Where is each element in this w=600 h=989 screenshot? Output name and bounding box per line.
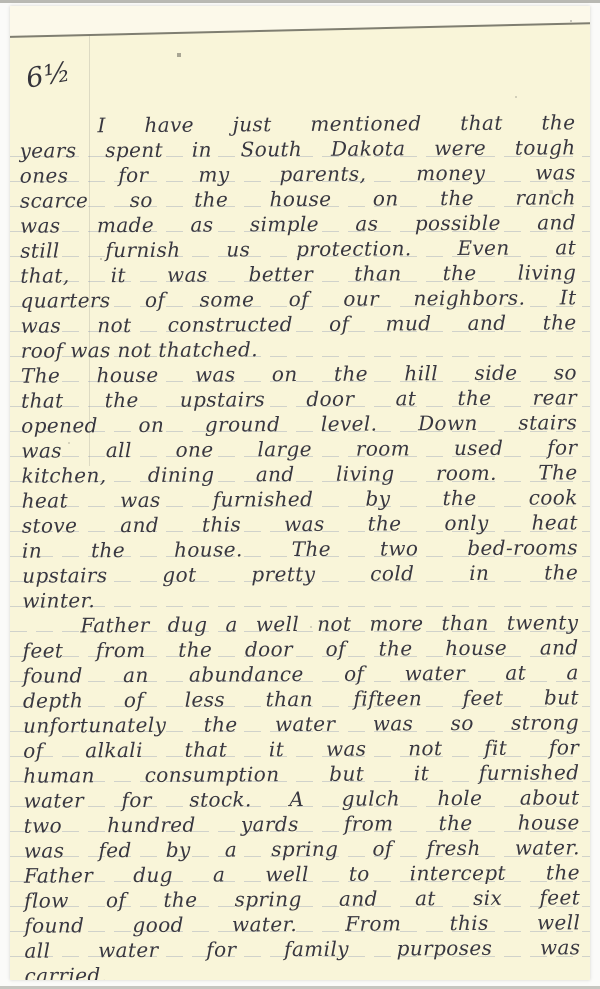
handwriting-line: still furnish us protection. Even at bbox=[20, 235, 576, 263]
handwriting-line: roof was not thatched. bbox=[21, 335, 577, 363]
handwriting-line: was fed by a spring of fresh water. bbox=[24, 835, 580, 863]
handwriting-line: winter. bbox=[22, 585, 578, 613]
handwriting-line: I have just mentioned that the bbox=[19, 110, 575, 138]
handwriting-line: all water for family purposes was bbox=[24, 935, 580, 963]
handwritten-text: I have just mentioned that theyears spen… bbox=[19, 110, 580, 980]
handwriting-line: years spent in South Dakota were tough bbox=[19, 135, 575, 163]
handwriting-line: flow of the spring and at six feet bbox=[24, 885, 580, 913]
handwriting-line: depth of less than fifteen feet but bbox=[23, 685, 579, 713]
handwriting-line: opened on ground level. Down stairs bbox=[21, 410, 577, 438]
handwriting-line: water for stock. A gulch hole about bbox=[23, 785, 579, 813]
handwriting-line: was not constructed of mud and the bbox=[21, 310, 577, 338]
handwriting-line: Father dug a well not more than twenty bbox=[22, 610, 578, 638]
handwriting-line: quarters of some of our neighbors. It bbox=[20, 285, 576, 313]
handwriting-line: found an abundance of water at a bbox=[23, 660, 579, 688]
scanned-page: 6½ I have just mentioned that theyears s… bbox=[0, 0, 600, 989]
handwriting-line: two hundred yards from the house bbox=[24, 810, 580, 838]
handwriting-line: Father dug a well to intercept the bbox=[24, 860, 580, 888]
handwriting-line: that, it was better than the living bbox=[20, 260, 576, 288]
scan-noise-specks bbox=[10, 6, 12, 8]
handwriting-line: kitchen, dining and living room. The bbox=[21, 460, 577, 488]
handwriting-line: stove and this was the only heat bbox=[22, 510, 578, 538]
paper-sheet: 6½ I have just mentioned that theyears s… bbox=[10, 6, 590, 980]
handwriting-line: feet from the door of the house and bbox=[23, 635, 579, 663]
handwriting-line: unfortunately the water was so strong bbox=[23, 710, 579, 738]
handwriting-line: found good water. From this well bbox=[24, 910, 580, 938]
handwriting-line: human consumption but it furnished bbox=[23, 760, 579, 788]
handwriting-line: scarce so the house on the ranch bbox=[20, 185, 576, 213]
handwriting-line: was made as simple as possible and bbox=[20, 210, 576, 238]
handwriting-line: upstairs got pretty cold in the bbox=[22, 560, 578, 588]
handwriting-line: was all one large room used for bbox=[21, 435, 577, 463]
handwriting-line: of alkali that it was not fit for bbox=[23, 735, 579, 763]
handwriting-line: carried. bbox=[25, 960, 581, 980]
handwriting-line: in the house. The two bed-rooms bbox=[22, 535, 578, 563]
handwriting-line: The house was on the hill side so bbox=[21, 360, 577, 388]
page-number: 6½ bbox=[24, 56, 74, 94]
handwriting-line: heat was furnished by the cook bbox=[22, 485, 578, 513]
scanner-edge-top bbox=[0, 0, 600, 3]
handwriting-line: that the upstairs door at the rear bbox=[21, 385, 577, 413]
handwriting-line: ones for my parents, money was bbox=[20, 160, 576, 188]
paper-top-band bbox=[10, 6, 590, 36]
